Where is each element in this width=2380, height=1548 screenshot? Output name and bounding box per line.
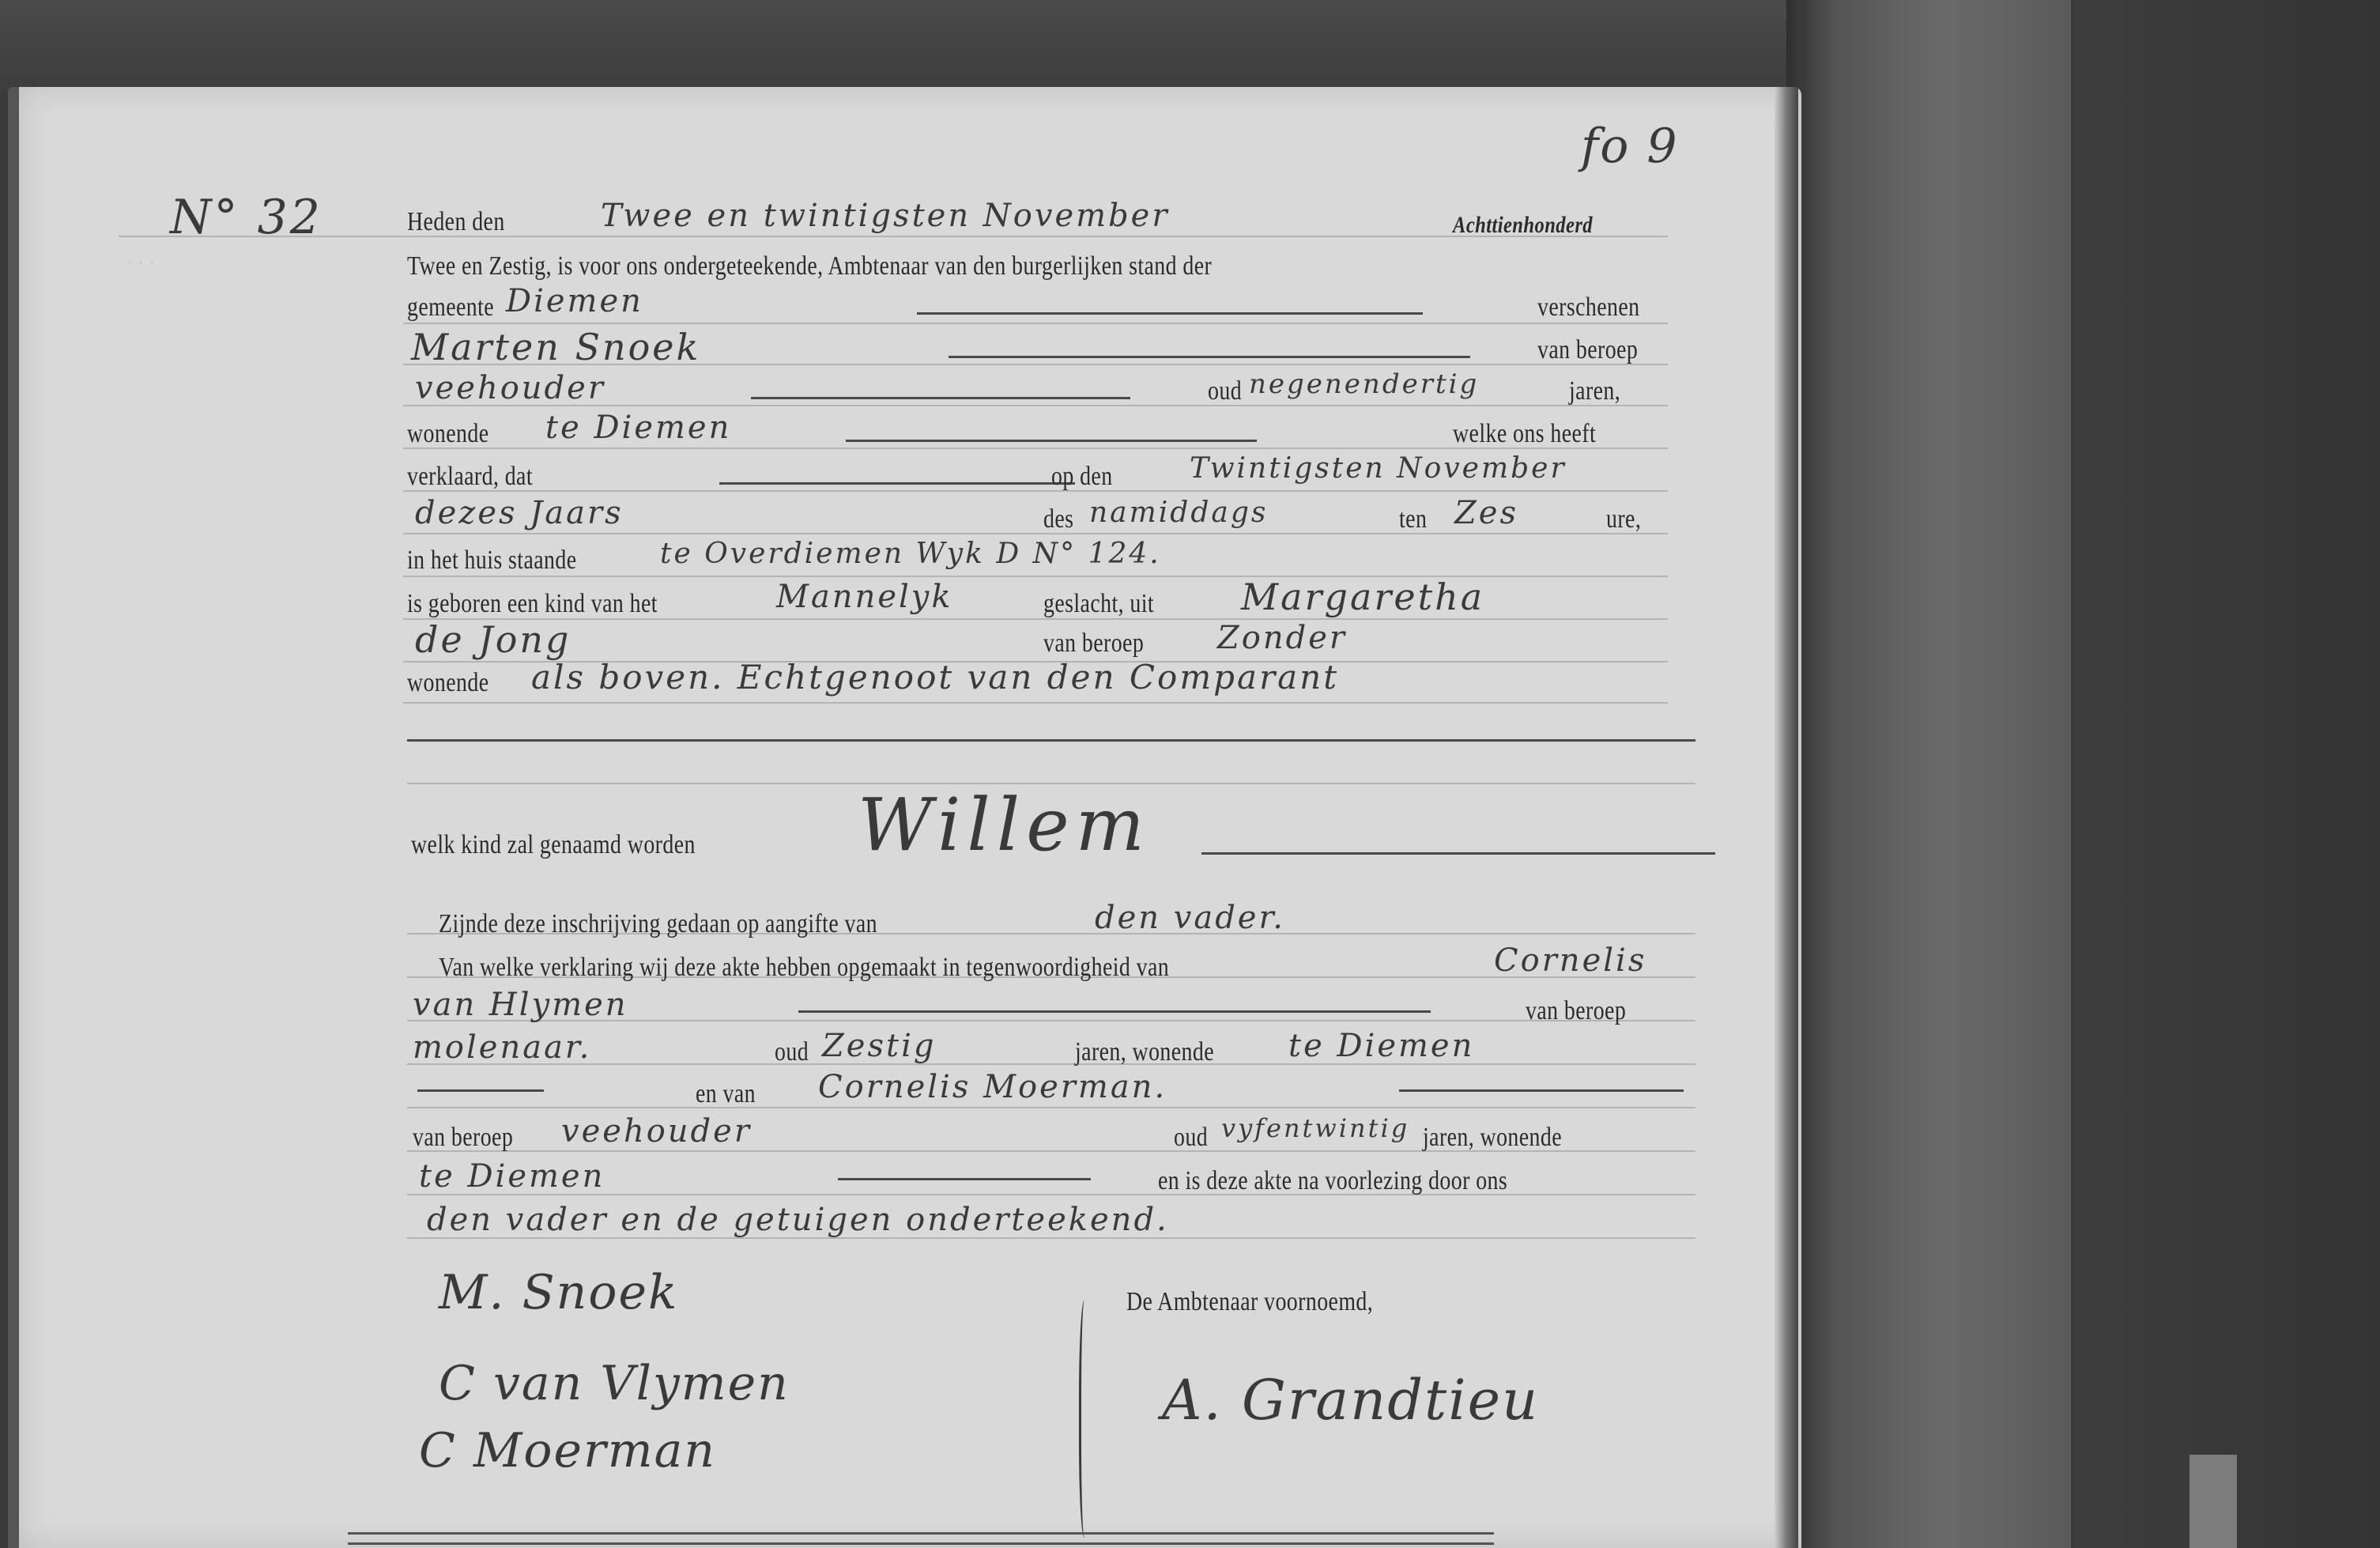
printed-text: verklaard, dat	[407, 462, 533, 492]
signature-witness-1: C van Vlymen	[439, 1356, 790, 1411]
handwritten-age: negenendertig	[1249, 368, 1479, 400]
handwritten-mother-name: Margaretha	[1241, 576, 1484, 618]
printed-text: en is deze akte na voorlezing door ons	[1158, 1166, 1507, 1196]
printed-text: is geboren een kind van het	[407, 589, 658, 619]
entry-number: N° 32	[170, 190, 322, 245]
signature-declarant: M. Snoek	[439, 1265, 678, 1320]
ruled-line	[407, 739, 1695, 742]
blank-dash	[949, 356, 1470, 358]
handwritten-witness1-age: Zestig	[822, 1028, 936, 1064]
handwritten-child-name: Willem	[858, 783, 1151, 867]
ruled-line	[1201, 852, 1715, 855]
printed-text: Zijnde deze inschrijving gedaan op aangi…	[439, 909, 877, 939]
handwritten-year: dezes Jaars	[415, 495, 624, 531]
printed-text: van beroep	[413, 1123, 513, 1153]
printed-text: geslacht, uit	[1043, 589, 1154, 619]
handwritten-witness1-surname: van Hlymen	[413, 987, 628, 1023]
printed-text: gemeente	[407, 293, 494, 323]
printed-text: van beroep	[1526, 996, 1626, 1026]
handwritten-mother-residence: als boven. Echtgenoot van den Comparant	[531, 658, 1339, 697]
ruled-line	[403, 533, 1668, 534]
ruled-line	[119, 236, 1668, 237]
handwritten-witness2-occupation: veehouder	[561, 1113, 752, 1150]
handwritten-signing-clause: den vader en de getuigen onderteekend.	[427, 1202, 1169, 1238]
handwritten-witness2-residence: te Diemen	[419, 1158, 605, 1195]
printed-text: van beroep	[1043, 629, 1144, 659]
handwritten-sex: Mannelyk	[776, 579, 953, 615]
printed-text: oud	[1174, 1123, 1208, 1153]
ruled-line	[407, 1107, 1695, 1108]
printed-text: wonende	[407, 668, 489, 698]
handwritten-hour: Zes	[1454, 495, 1518, 531]
blank-dash	[719, 482, 1075, 485]
handwritten-informant: den vader.	[1095, 900, 1285, 936]
ruled-line	[403, 490, 1668, 492]
signature-witness-2: C Moerman	[419, 1423, 716, 1478]
handwritten-mother-occupation: Zonder	[1217, 620, 1347, 656]
handwritten-residence: te Diemen	[545, 410, 731, 446]
printed-text: ure,	[1606, 504, 1641, 534]
handwritten-address: te Overdiemen Wyk D N° 124.	[660, 538, 1161, 570]
printed-text: jaren,	[1569, 376, 1620, 406]
printed-text: jaren, wonende	[1075, 1037, 1214, 1067]
printed-text: oud	[1208, 376, 1242, 406]
handwritten-mother-surname: de Jong	[415, 618, 571, 661]
handwritten-declarant-name: Marten Snoek	[411, 326, 700, 368]
handwritten-witness1-occupation: molenaar.	[413, 1029, 591, 1066]
printed-text: verschenen	[1537, 293, 1639, 323]
handwritten-date: Twee en twintigsten November	[601, 198, 1169, 234]
blank-dash	[838, 1178, 1091, 1180]
printed-text: ten	[1399, 504, 1427, 534]
blank-dash	[846, 440, 1257, 442]
handwritten-witness2-age: vyfentwintig	[1221, 1113, 1409, 1143]
facing-page-shadow	[1786, 0, 2071, 1548]
printed-text: en van	[696, 1079, 756, 1109]
printed-text: Achttienhonderd	[1453, 212, 1593, 239]
ruled-line	[403, 702, 1668, 704]
background-right	[2071, 0, 2380, 1548]
blank-dash	[917, 312, 1423, 315]
handwritten-municipality: Diemen	[506, 283, 643, 319]
bleed-through-text: · · ·	[126, 253, 155, 274]
page-edge	[1775, 87, 1798, 1548]
blank-dash	[798, 1010, 1431, 1013]
printed-text: welk kind zal genaamd worden	[411, 830, 696, 860]
handwritten-witness1-residence: te Diemen	[1288, 1028, 1474, 1064]
signature-official: A. Grandtieu	[1162, 1368, 1539, 1433]
ruled-line	[403, 323, 1668, 324]
blank-dash	[751, 397, 1130, 399]
printed-text: Van welke verklaring wij deze akte hebbe…	[439, 953, 1169, 983]
printed-text: Heden den	[407, 207, 505, 237]
official-label: De Ambtenaar voornoemd,	[1126, 1287, 1373, 1317]
printed-text: oud	[775, 1037, 809, 1067]
printed-text: wonende	[407, 419, 489, 449]
page-end-double-rule	[348, 1532, 1494, 1545]
handwritten-witness2-name: Cornelis Moerman.	[818, 1069, 1167, 1105]
ruled-line	[407, 1063, 1695, 1065]
printed-text: Twee en Zestig, is voor ons ondergeteeke…	[407, 251, 1212, 281]
folio-mark: fo 9	[1581, 119, 1679, 174]
blank-dash	[417, 1089, 544, 1092]
printed-text: jaren, wonende	[1423, 1123, 1562, 1153]
handwritten-time-of-day: namiddags	[1089, 496, 1268, 529]
printed-text: van beroep	[1537, 335, 1638, 365]
blank-dash	[1399, 1089, 1684, 1092]
printed-text: in het huis staande	[407, 546, 577, 576]
background-bookmark	[2190, 1455, 2237, 1548]
signature-brace	[1079, 1301, 1092, 1538]
handwritten-witness1-first: Cornelis	[1494, 942, 1646, 979]
printed-text: des	[1043, 504, 1073, 534]
handwritten-birth-date: Twintigsten November	[1190, 452, 1567, 485]
handwritten-occupation: veehouder	[415, 370, 605, 406]
printed-text: op den	[1051, 462, 1113, 492]
printed-text: welke ons heeft	[1453, 419, 1596, 449]
